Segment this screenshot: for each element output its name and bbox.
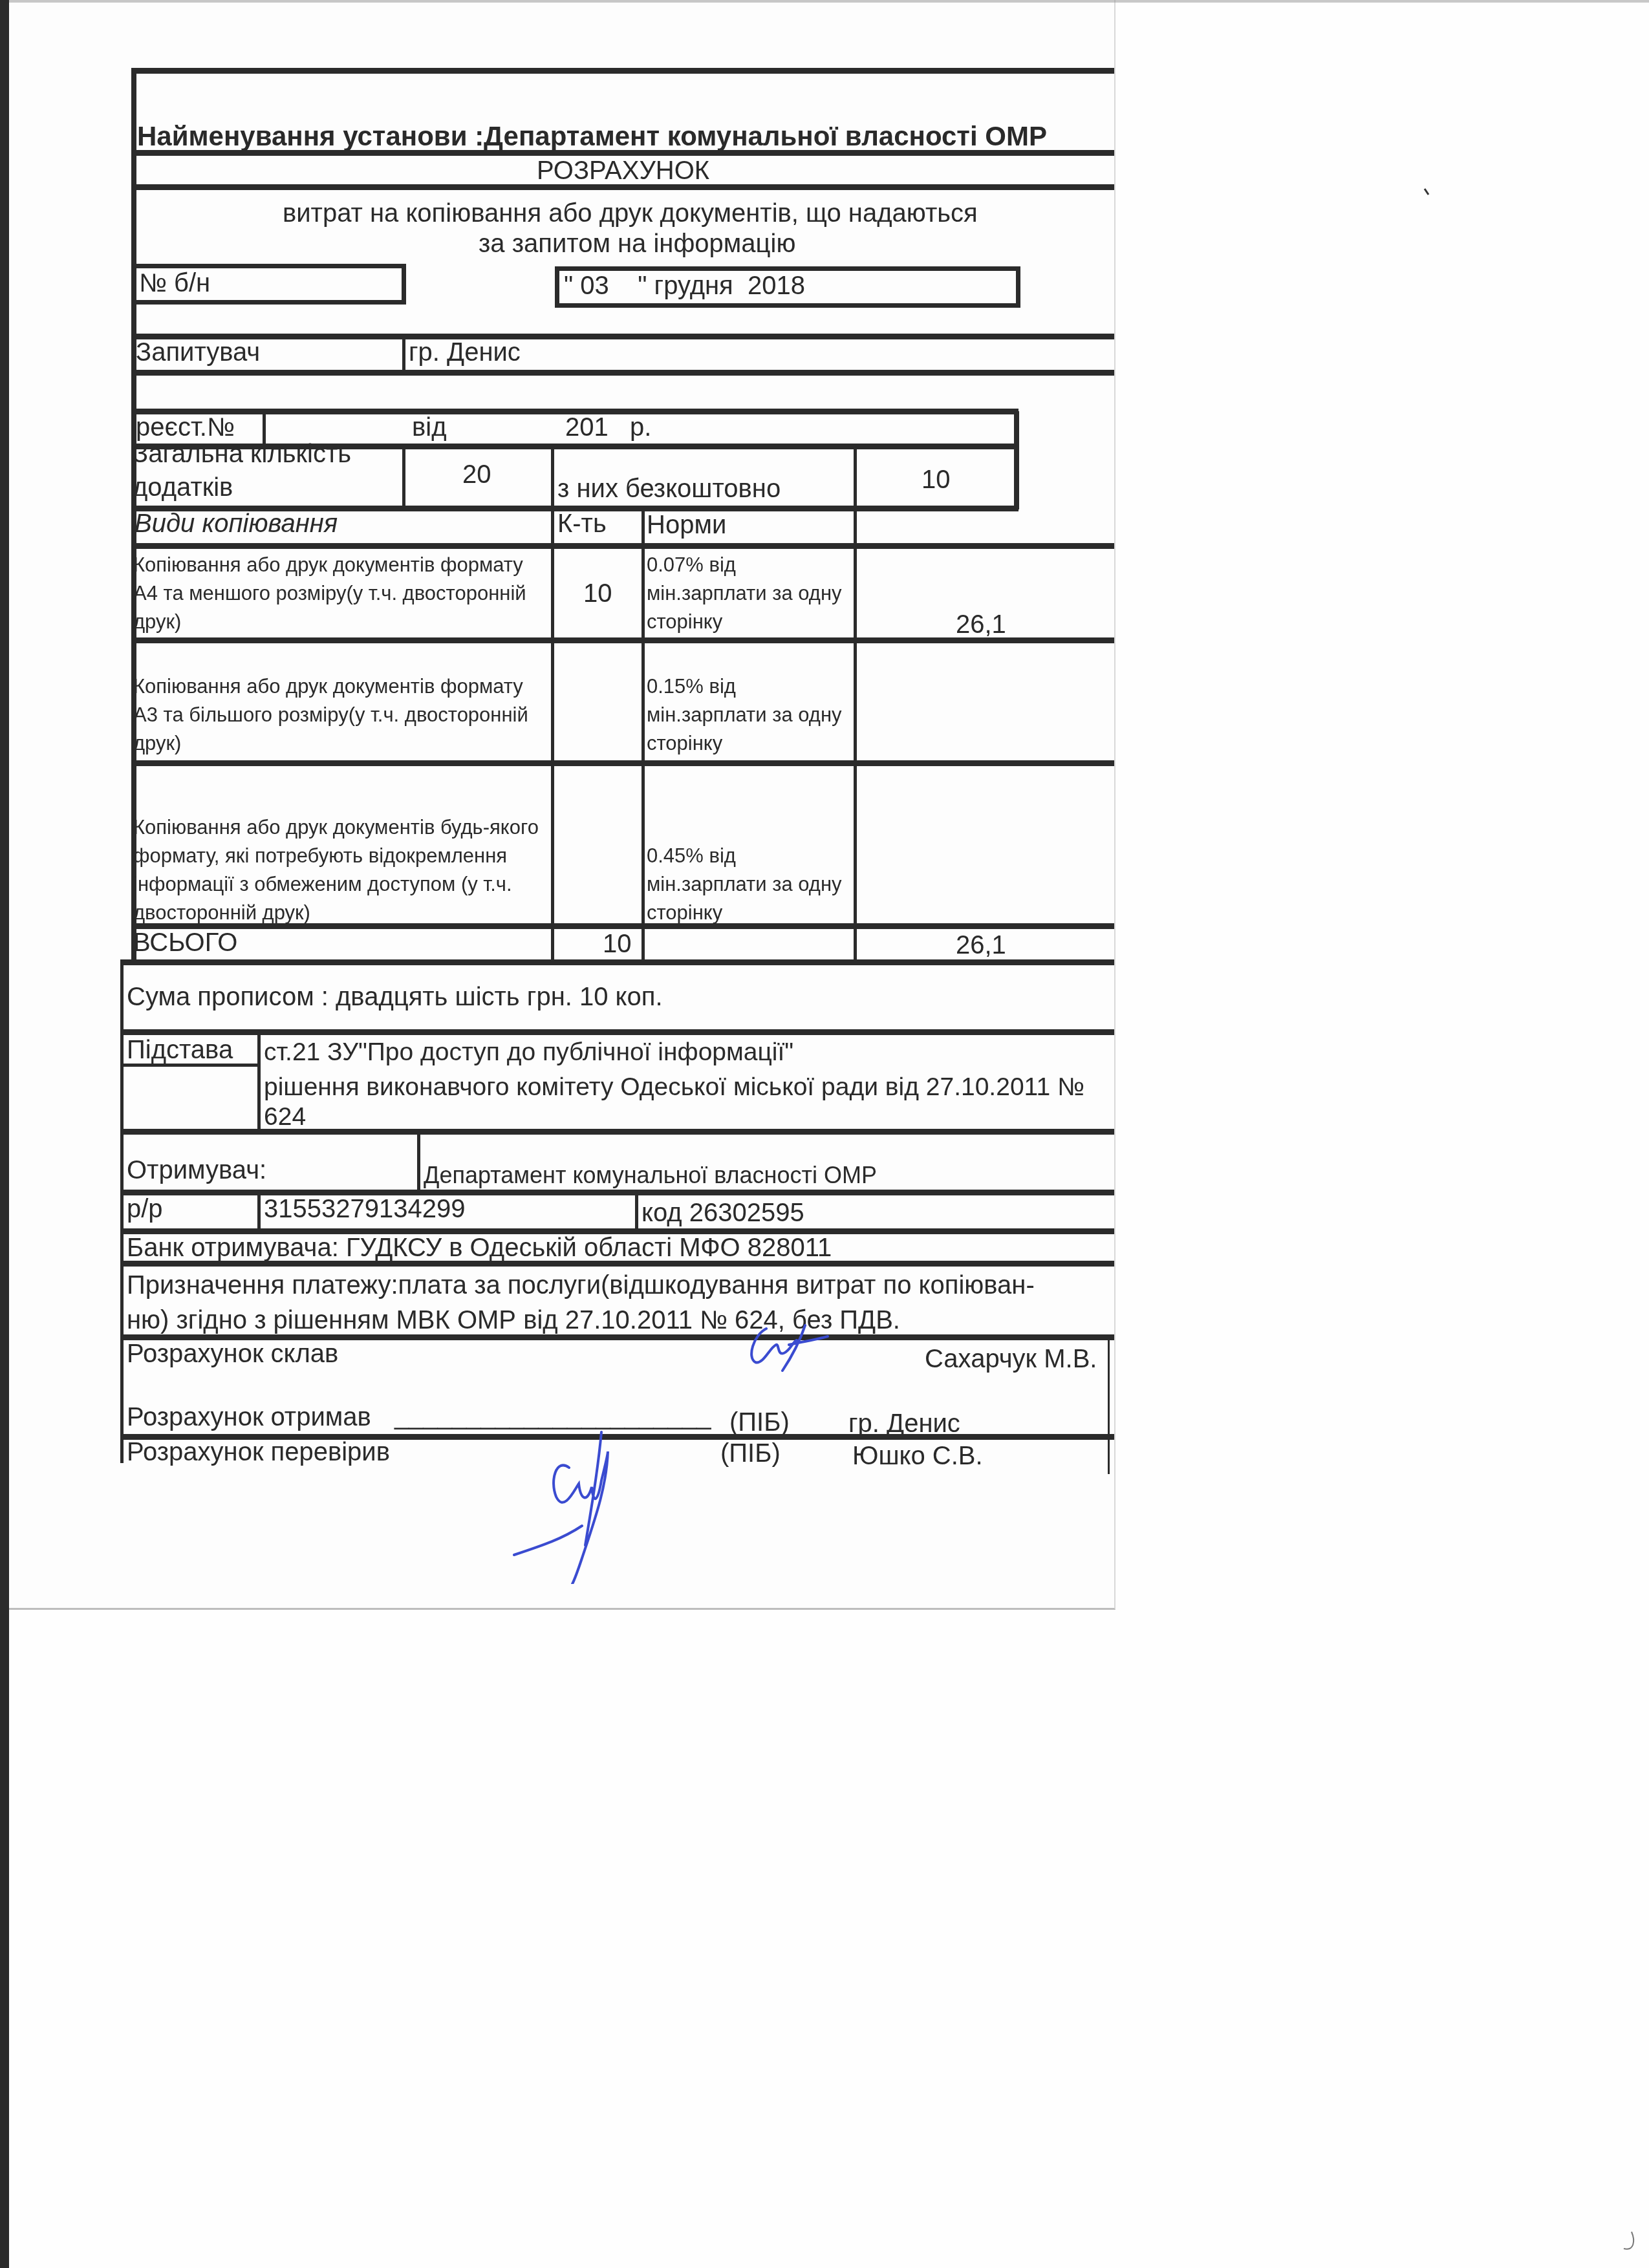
row1-norm: 0.07% від мін.зарплати за одну сторінку <box>647 551 850 636</box>
checked-by-pib: (ПІБ) <box>720 1440 781 1466</box>
basis-line-3: 624 <box>264 1104 306 1129</box>
requester-label: Запитувач <box>136 339 260 365</box>
compiled-by-label: Розрахунок склав <box>127 1341 338 1367</box>
amount-in-words: Сума прописом : двадцять шість грн. 10 к… <box>127 984 663 1010</box>
compiled-by-name: Сахарчук М.В. <box>925 1346 1097 1372</box>
subtitle-line-1: витрат на копіювання або друк документів… <box>283 200 978 226</box>
row1-sum: 26,1 <box>956 612 1006 637</box>
rule <box>131 923 1114 929</box>
basis-label: Підстава <box>127 1037 233 1063</box>
rule <box>131 543 1114 549</box>
divider <box>257 1192 261 1231</box>
checked-by-label: Розрахунок перевірив <box>127 1439 390 1465</box>
divider <box>854 446 857 509</box>
divider <box>402 336 405 372</box>
received-by-name: гр. Денис <box>848 1411 960 1437</box>
divider <box>257 1032 261 1130</box>
payment-purpose-line-1: Призначення платежу:плата за послуги(від… <box>127 1272 1035 1298</box>
total-qty: 10 <box>603 931 632 957</box>
signature-compiled-icon <box>744 1322 854 1374</box>
row3-type: Копіювання або друк документів будь-яког… <box>133 813 547 927</box>
basis-line-1: ст.21 ЗУ"Про доступ до публічної інформа… <box>264 1040 793 1065</box>
received-by-blank: ______________________ <box>394 1403 711 1429</box>
total-sum: 26,1 <box>956 932 1006 958</box>
rule <box>131 334 1114 339</box>
recipient-label: Отримувач: <box>127 1157 266 1183</box>
received-by-pib: (ПІБ) <box>729 1409 790 1435</box>
col-divider-qty <box>551 509 554 962</box>
rule <box>131 68 1114 74</box>
row1-type: Копіювання або друк документів формату А… <box>133 551 547 636</box>
attachments-free-value: 10 <box>921 467 951 493</box>
col-divider-sum <box>854 509 857 962</box>
col-header-qty: К-ть <box>557 511 607 537</box>
attachments-total-label: Загальна кількість додатків <box>133 437 398 508</box>
box-right-border <box>1014 411 1019 509</box>
document-title: РОЗРАХУНОК <box>537 158 709 184</box>
rule <box>120 1064 259 1067</box>
row2-norm: 0.15% від мін.зарплати за одну сторінку <box>647 672 850 758</box>
pencil-mark-icon <box>1620 2229 1639 2255</box>
registry-from-label: від <box>412 414 446 440</box>
document-date: " 03 " грудня 2018 <box>564 273 805 299</box>
recipient-bank: Банк отримувача: ГУДКСУ в Одеській облас… <box>127 1235 832 1261</box>
col-header-norm: Норми <box>647 512 726 538</box>
institution-name: Найменування установи :Департамент комун… <box>137 123 1047 150</box>
basis-line-2: рішення виконавчого комітету Одеської мі… <box>264 1075 1084 1100</box>
signature-checked-icon <box>504 1429 698 1584</box>
row3-norm: 0.45% від мін.зарплати за одну сторінку <box>647 842 850 927</box>
stray-mark-icon <box>1423 187 1432 197</box>
recipient-value: Департамент комунальної власності ОМР <box>424 1164 877 1187</box>
rule <box>131 184 1114 190</box>
rule <box>131 370 1114 376</box>
rule <box>120 959 1114 965</box>
divider <box>417 1133 420 1192</box>
col-divider-norm <box>641 509 645 962</box>
row1-qty: 10 <box>583 581 612 606</box>
form-left-border-lower <box>120 962 124 1463</box>
divider <box>1108 1338 1110 1474</box>
checked-by-name: Юшко С.В. <box>852 1443 983 1469</box>
account-number: 31553279134299 <box>264 1196 465 1222</box>
total-label: ВСЬОГО <box>133 930 237 956</box>
rule <box>120 1261 1114 1267</box>
attachments-total-value: 20 <box>462 462 491 487</box>
account-label: р/р <box>127 1196 163 1222</box>
divider <box>402 446 405 509</box>
divider <box>551 446 554 509</box>
number-label: № б/н <box>139 270 210 296</box>
divider <box>635 1195 638 1232</box>
row2-type: Копіювання або друк документів формату А… <box>133 672 547 758</box>
received-by-label: Розрахунок отримав <box>127 1404 371 1430</box>
rule <box>131 150 1114 156</box>
rule <box>120 1029 1114 1035</box>
rule <box>131 637 1114 643</box>
registry-year: 201 р. <box>565 414 651 440</box>
rule <box>131 760 1114 766</box>
subtitle-line-2: за запитом на інформацію <box>479 231 795 257</box>
attachments-free-label: з них безкоштовно <box>557 476 781 502</box>
scan-shadow <box>9 0 1649 3</box>
registry-label: реєст.№ <box>136 414 235 440</box>
requester-value: гр. Денис <box>409 339 521 365</box>
scanner-edge <box>0 0 9 2268</box>
col-header-type: Види копіювання <box>135 511 338 537</box>
recipient-code: код 26302595 <box>641 1200 804 1226</box>
rule <box>120 1129 1114 1135</box>
